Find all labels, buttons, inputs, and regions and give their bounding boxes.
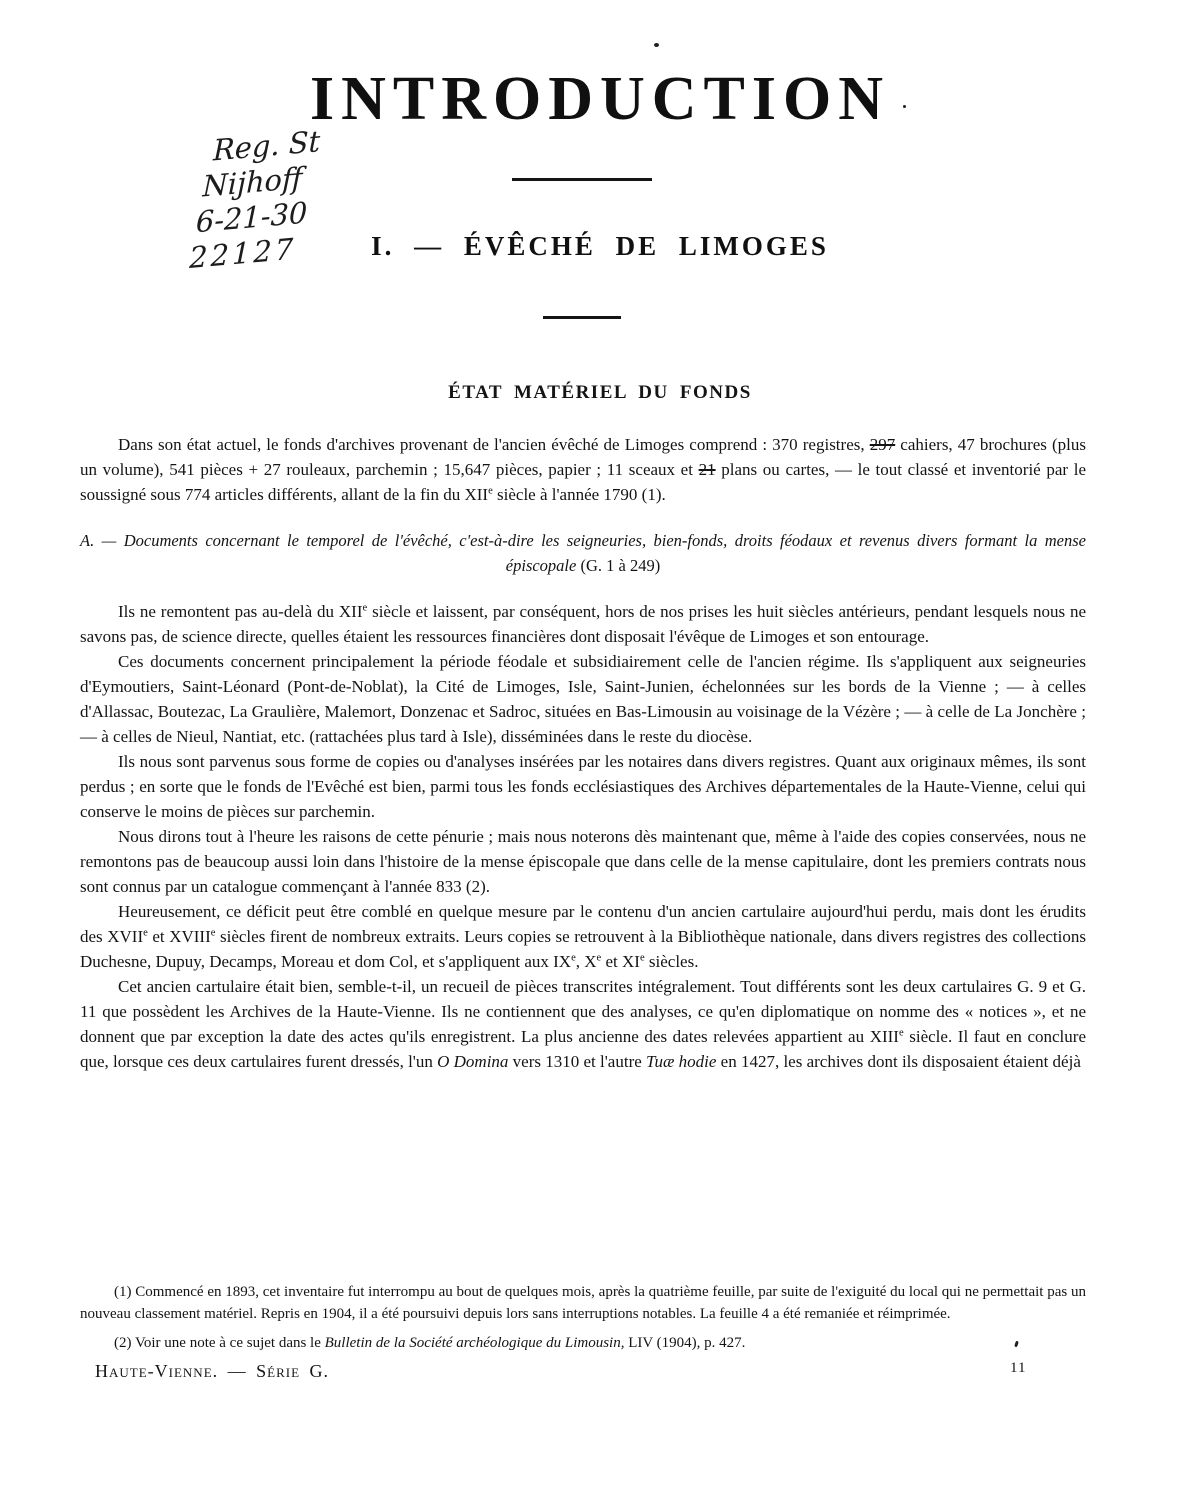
page-number: 11 [1010, 1360, 1026, 1377]
footnote-1: (1) Commencé en 1893, cet inventaire fut… [80, 1281, 1086, 1325]
scanned-document-page: INTRODUCTION Reg. St Nijhoff 6-21-30 221… [0, 0, 1200, 1500]
ink-speck [654, 43, 659, 47]
document-body: Dans son état actuel, le fonds d'archive… [80, 432, 1086, 1074]
title-divider-rule [512, 178, 652, 181]
paragraph-etat-du-fonds: Dans son état actuel, le fonds d'archive… [80, 432, 1086, 507]
section-title: ÉTAT MATÉRIEL DU FONDS [0, 382, 1200, 404]
paragraph-ancien-cartulaire: Heureusement, ce déficit peut être combl… [80, 899, 1086, 974]
subsection-heading-a: A. — Documents concernant le temporel de… [80, 528, 1086, 578]
paragraph-ces-documents: Ces documents concernent principalement … [80, 649, 1086, 749]
series-label: Haute-Vienne. — Série G. [95, 1361, 329, 1382]
chapter-divider-rule [543, 316, 621, 319]
paragraph-deux-cartulaires: Cet ancien cartulaire était bien, semble… [80, 974, 1086, 1074]
paragraph-penurie: Nous dirons tout à l'heure les raisons d… [80, 824, 1086, 899]
footnotes: (1) Commencé en 1893, cet inventaire fut… [80, 1281, 1086, 1361]
footnote-2: (2) Voir une note à ce sujet dans le Bul… [80, 1332, 1086, 1354]
paragraph-copies-analyses: Ils nous sont parvenus sous forme de cop… [80, 749, 1086, 824]
page-title: INTRODUCTION [0, 64, 1200, 135]
chapter-heading: I. — ÉVÊCHÉ DE LIMOGES [0, 231, 1200, 262]
paragraph-ils-ne-remontent: Ils ne remontent pas au-delà du XIIe siè… [80, 599, 1086, 649]
